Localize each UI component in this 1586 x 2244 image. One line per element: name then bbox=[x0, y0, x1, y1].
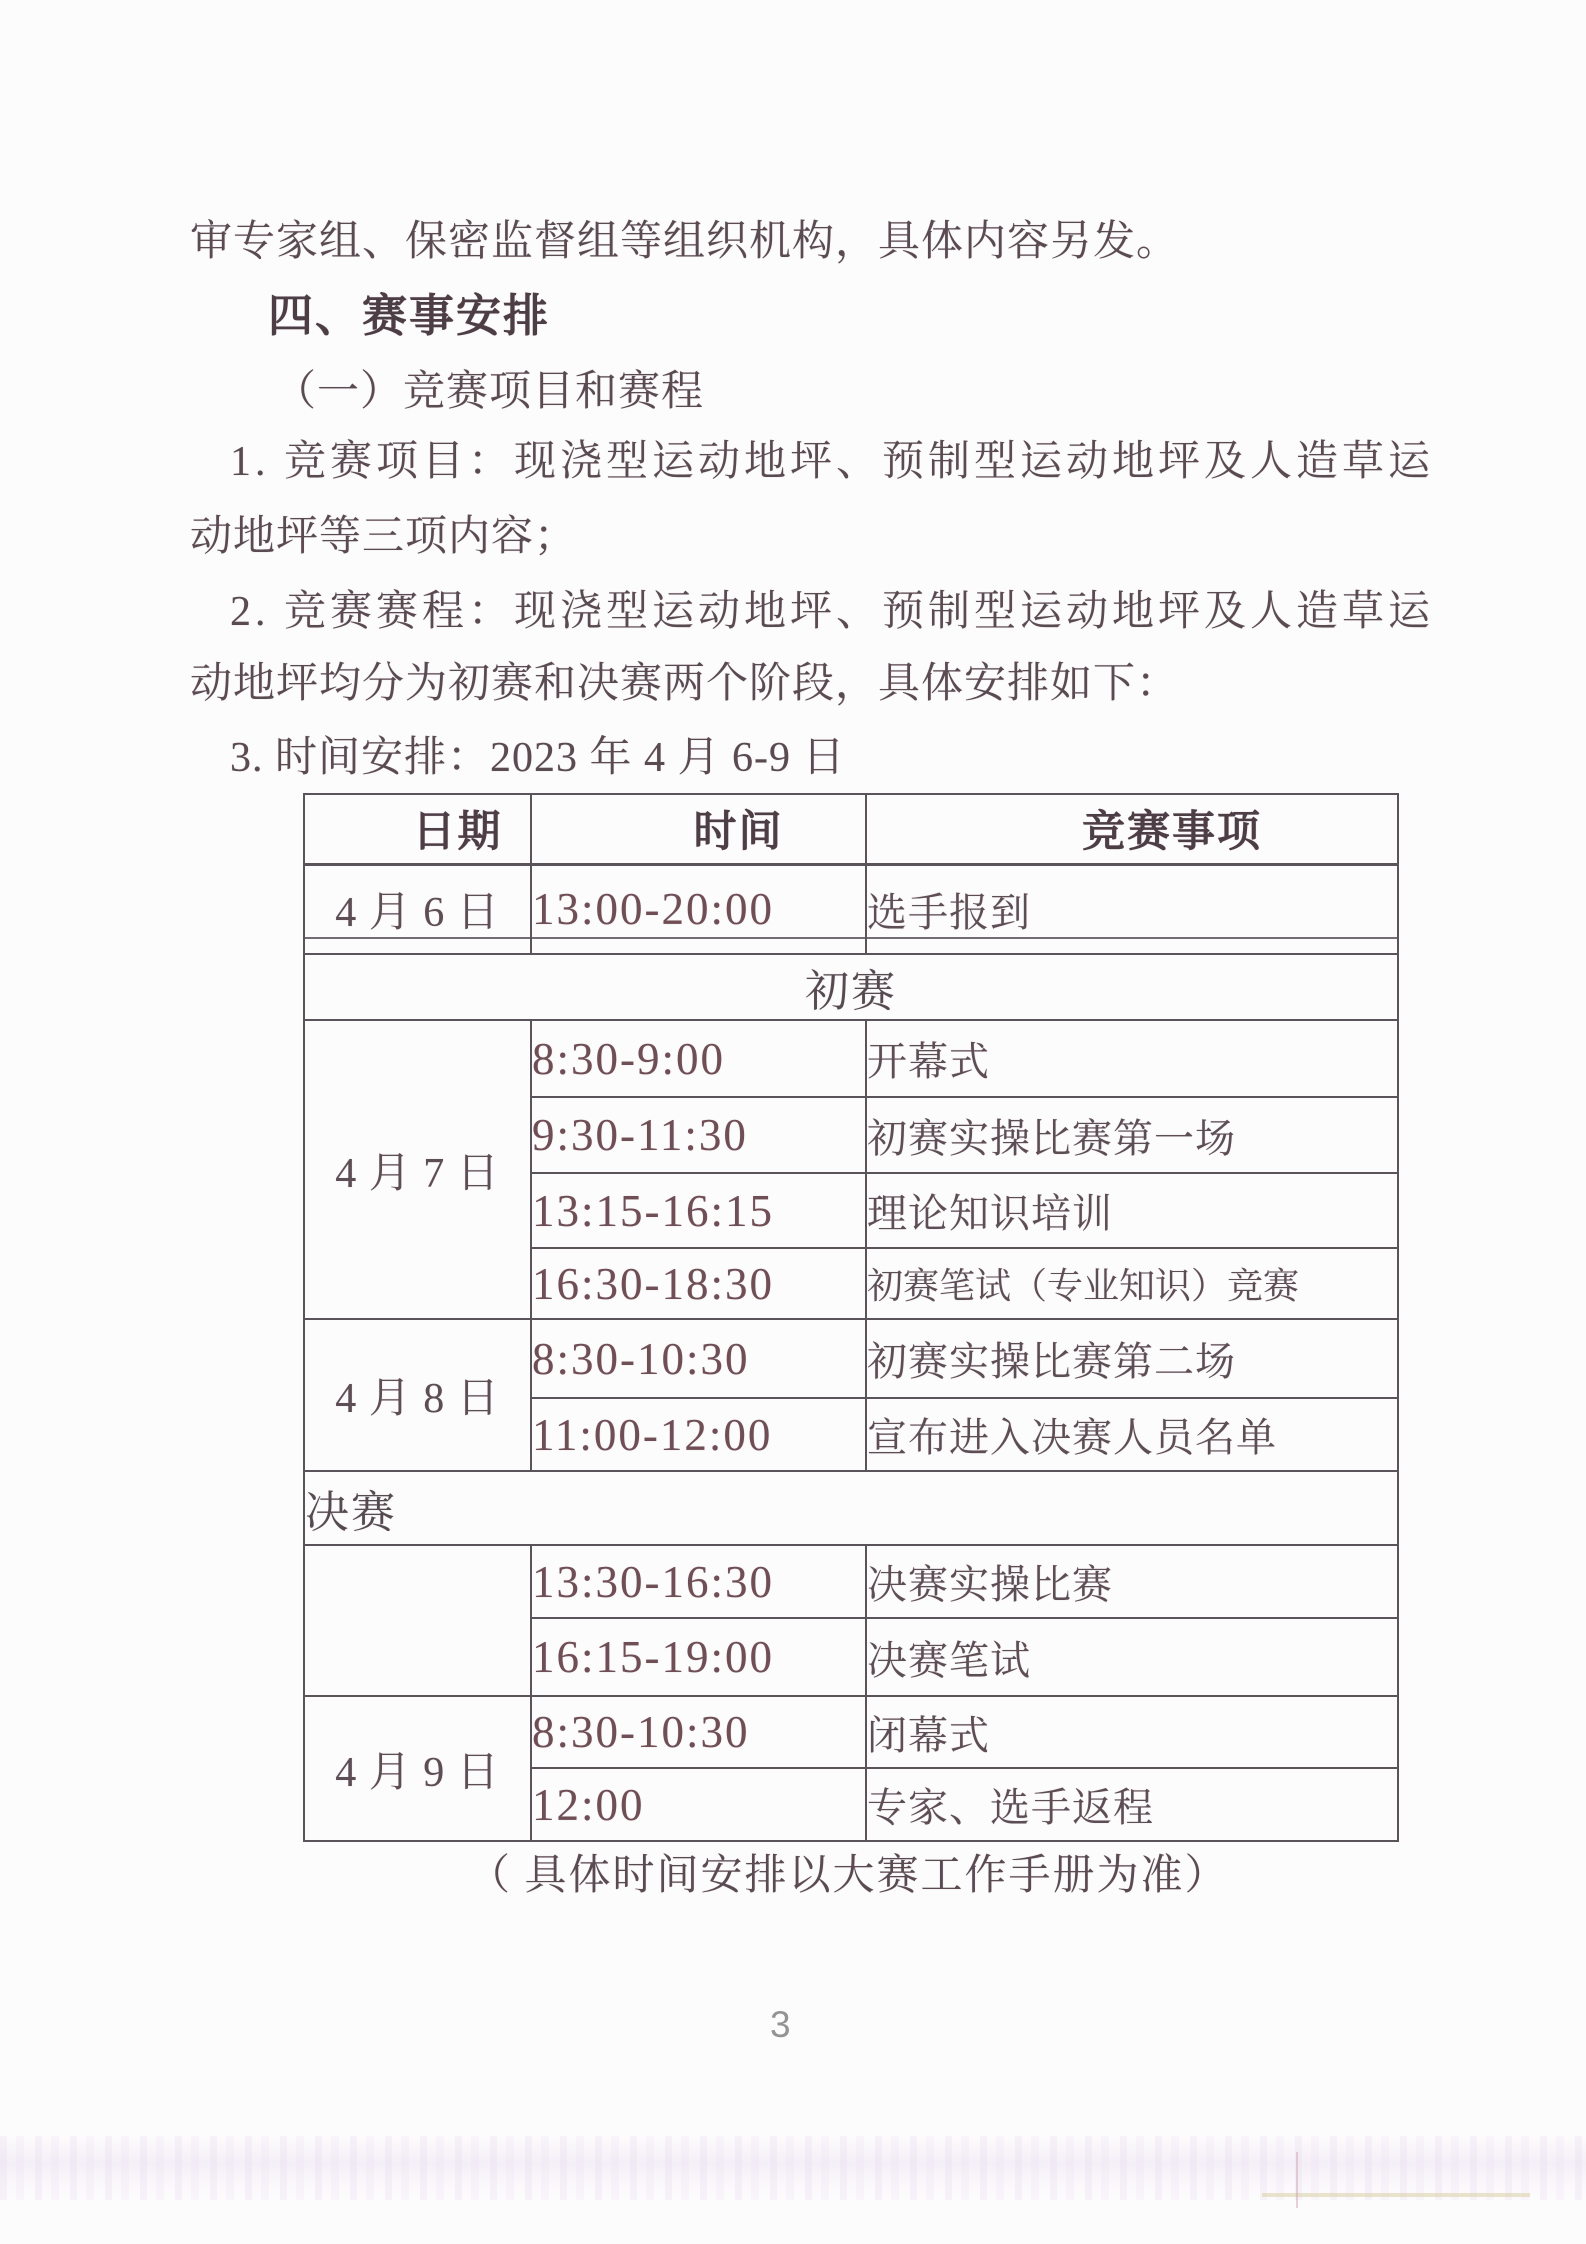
event-cell: 宣布进入决赛人员名单 bbox=[866, 1398, 1398, 1471]
stage-label-final: 决赛 bbox=[304, 1471, 1398, 1545]
date-cell-apr6: 4 月 6 日 bbox=[304, 864, 531, 954]
scan-artifact-tan-line bbox=[1262, 2193, 1530, 2197]
time-cell: 9:30-11:30 bbox=[531, 1097, 866, 1173]
section-heading: 四、赛事安排 bbox=[268, 290, 550, 342]
time-cell: 12:00 bbox=[531, 1768, 866, 1841]
paragraph-line: 动地坪等三项内容； bbox=[190, 511, 577, 563]
event-cell: 决赛笔试 bbox=[866, 1618, 1398, 1696]
event-cell: 初赛笔试（专业知识）竞赛 bbox=[866, 1248, 1398, 1319]
time-cell: 13:30-16:30 bbox=[531, 1545, 866, 1618]
event-cell: 决赛实操比赛 bbox=[866, 1545, 1398, 1618]
time-cell: 16:30-18:30 bbox=[531, 1248, 866, 1319]
date-cell-apr7: 4 月 7 日 bbox=[304, 1020, 531, 1319]
table-row: 4 月 7 日 8:30-9:00 开幕式 bbox=[304, 1020, 1398, 1097]
time-cell: 16:15-19:00 bbox=[531, 1618, 866, 1696]
time-cell: 13:15-16:15 bbox=[531, 1173, 866, 1248]
paragraph-line: 3. 时间安排：2023 年 4 月 6-9 日 bbox=[230, 732, 846, 784]
subsection-heading: （一）竞赛项目和赛程 bbox=[274, 366, 704, 418]
paragraph-line: 动地坪均分为初赛和决赛两个阶段，具体安排如下： bbox=[190, 658, 1179, 710]
time-cell: 8:30-10:30 bbox=[531, 1696, 866, 1768]
scan-artifact-scratch bbox=[1296, 2152, 1298, 2208]
event-cell: 专家、选手返程 bbox=[866, 1768, 1398, 1841]
paragraph-line: 2. 竞赛赛程：现浇型运动地坪、预制型运动地坪及人造草运 bbox=[230, 586, 1434, 638]
table-row: 4 月 9 日 8:30-10:30 闭幕式 bbox=[304, 1696, 1398, 1768]
table-row: 13:30-16:30 决赛实操比赛 bbox=[304, 1545, 1398, 1618]
event-cell: 初赛实操比赛第一场 bbox=[866, 1097, 1398, 1173]
col-header-event: 竞赛事项 bbox=[866, 794, 1398, 864]
col-header-time: 时间 bbox=[531, 794, 866, 864]
schedule-table: 日期 时间 竞赛事项 4 月 6 日 13:00-20:00 选手报到 初赛 4… bbox=[303, 793, 1399, 1842]
scan-double-border-line bbox=[303, 937, 1397, 939]
event-cell: 选手报到 bbox=[866, 864, 1398, 954]
stage-row-preliminary: 初赛 bbox=[304, 954, 1398, 1020]
time-cell: 8:30-9:00 bbox=[531, 1020, 866, 1097]
event-cell: 理论知识培训 bbox=[866, 1173, 1398, 1248]
paragraph-line: 审专家组、保密监督组等组织机构，具体内容另发。 bbox=[190, 216, 1179, 268]
page-number: 3 bbox=[770, 2004, 791, 2046]
paragraph-line: 1. 竞赛项目：现浇型运动地坪、预制型运动地坪及人造草运 bbox=[230, 436, 1434, 488]
event-cell: 闭幕式 bbox=[866, 1696, 1398, 1768]
stage-label-preliminary: 初赛 bbox=[304, 954, 1398, 1020]
table-row: 4 月 8 日 8:30-10:30 初赛实操比赛第二场 bbox=[304, 1319, 1398, 1398]
document-page: 审专家组、保密监督组等组织机构，具体内容另发。 四、赛事安排 （一）竞赛项目和赛… bbox=[0, 0, 1586, 2244]
time-cell: 11:00-12:00 bbox=[531, 1398, 866, 1471]
stage-row-final: 决赛 bbox=[304, 1471, 1398, 1545]
event-cell: 开幕式 bbox=[866, 1020, 1398, 1097]
col-header-date: 日期 bbox=[304, 794, 531, 864]
time-cell: 13:00-20:00 bbox=[531, 864, 866, 954]
date-cell-apr8: 4 月 8 日 bbox=[304, 1319, 531, 1471]
date-cell-empty bbox=[304, 1545, 531, 1696]
table-footnote: （ 具体时间安排以大赛工作手册为准） bbox=[468, 1850, 1229, 1902]
event-cell: 初赛实操比赛第二场 bbox=[866, 1319, 1398, 1398]
date-cell-apr9: 4 月 9 日 bbox=[304, 1696, 531, 1841]
table-header-row: 日期 时间 竞赛事项 bbox=[304, 794, 1398, 864]
time-cell: 8:30-10:30 bbox=[531, 1319, 866, 1398]
table-row: 4 月 6 日 13:00-20:00 选手报到 bbox=[304, 864, 1398, 954]
scan-artifact-band bbox=[0, 2136, 1586, 2200]
